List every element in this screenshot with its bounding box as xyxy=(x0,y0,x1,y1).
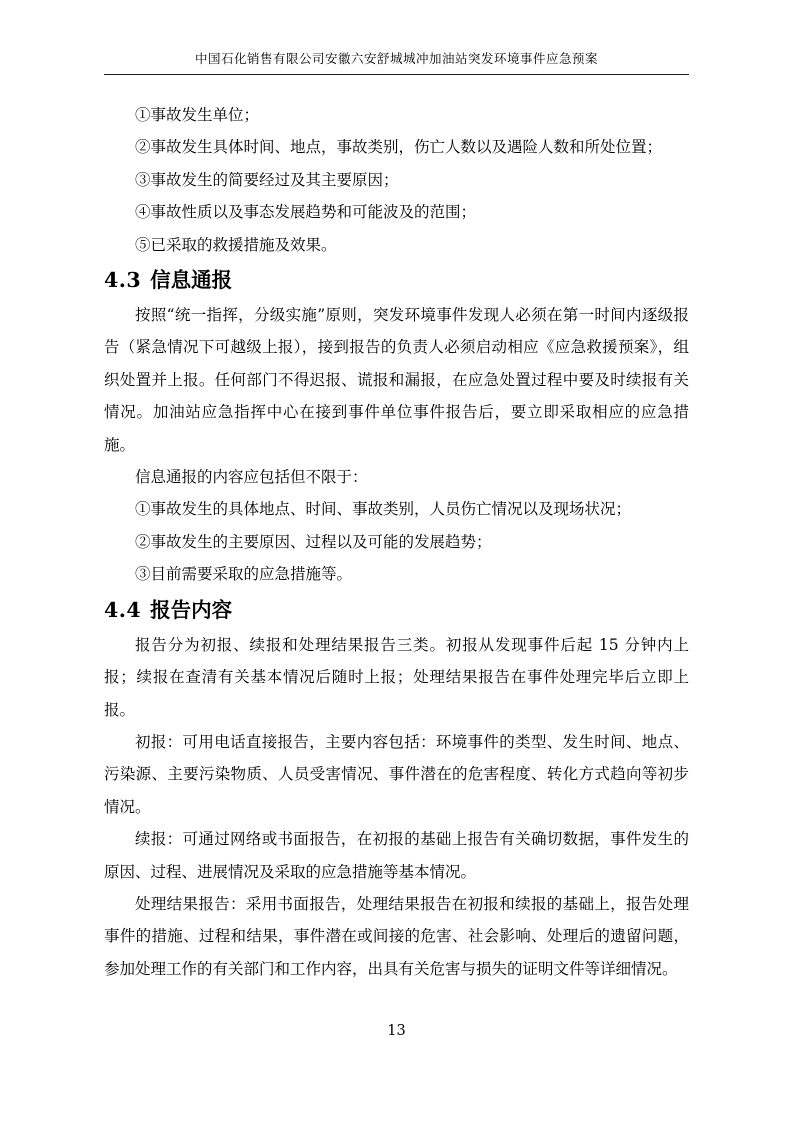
section-number: 4.4 xyxy=(104,598,141,622)
body-paragraph: 按照“统一指挥，分级实施”原则，突发环境事件发现人必须在第一时间内逐级报告（紧急… xyxy=(104,299,689,461)
section-title: 信息通报 xyxy=(150,268,232,292)
body-paragraph: 初报：可用电话直接报告，主要内容包括：环境事件的类型、发生时间、地点、污染源、主… xyxy=(104,726,689,823)
numbered-item-5: ⑤已采取的救援措施及效果。 xyxy=(104,229,689,261)
body-paragraph: 处理结果报告：采用书面报告，处理结果报告在初报和续报的基础上，报告处理事件的措施… xyxy=(104,888,689,985)
section-heading-4-3: 4.3信息通报 xyxy=(104,263,689,298)
page-number: 13 xyxy=(387,1023,405,1039)
numbered-item-3: ③事故发生的简要经过及其主要原因； xyxy=(104,164,689,196)
section-number: 4.3 xyxy=(104,268,141,292)
numbered-item-4: ④事故性质以及事态发展趋势和可能波及的范围； xyxy=(104,196,689,228)
body-paragraph: 信息通报的内容应包括但不限于： xyxy=(104,461,689,493)
section-title: 报告内容 xyxy=(150,598,232,622)
numbered-item-2: ②事故发生具体时间、地点，事故类别，伤亡人数以及遇险人数和所处位置； xyxy=(104,131,689,163)
section-heading-4-4: 4.4报告内容 xyxy=(104,593,689,628)
numbered-item-2: ②事故发生的主要原因、过程以及可能的发展趋势； xyxy=(104,526,689,558)
body-paragraph: 报告分为初报、续报和处理结果报告三类。初报从发现事件后起 15 分钟内上报；续报… xyxy=(104,629,689,726)
numbered-item-3: ③目前需要采取的应急措施等。 xyxy=(104,558,689,590)
numbered-item-1: ①事故发生单位； xyxy=(104,99,689,131)
page-body: ①事故发生单位； ②事故发生具体时间、地点，事故类别，伤亡人数以及遇险人数和所处… xyxy=(104,99,689,985)
page-header: 中国石化销售有限公司安徽六安舒城城冲加油站突发环境事件应急预案 xyxy=(104,0,689,75)
document-page: 中国石化销售有限公司安徽六安舒城城冲加油站突发环境事件应急预案 ①事故发生单位；… xyxy=(0,0,793,1122)
page-footer: 13 xyxy=(0,1021,793,1041)
header-title: 中国石化销售有限公司安徽六安舒城城冲加油站突发环境事件应急预案 xyxy=(195,51,598,66)
numbered-item-1: ①事故发生的具体地点、时间、事故类别，人员伤亡情况以及现场状况； xyxy=(104,493,689,525)
body-paragraph: 续报：可通过网络或书面报告，在初报的基础上报告有关确切数据，事件发生的原因、过程… xyxy=(104,823,689,888)
